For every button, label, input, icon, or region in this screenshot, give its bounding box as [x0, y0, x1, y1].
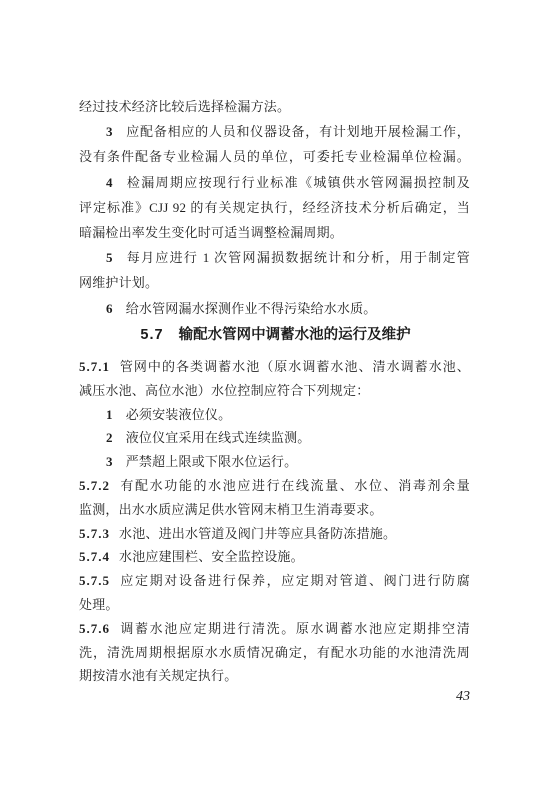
clause-number: 5.7.6	[79, 621, 110, 636]
item-number: 1	[106, 407, 113, 422]
section-heading-number: 5.7	[140, 327, 163, 343]
line-text: 管网中的各类调蓄水池（原水调蓄水池、清水调蓄水池、	[119, 359, 470, 374]
text-line: 6给水管网漏水探测作业不得污染给水水质。	[79, 296, 470, 321]
line-text: 没有条件配备专业检漏人员的单位，可委托专业检漏单位检漏。	[79, 149, 470, 164]
text-line: 经过技术经济比较后选择检漏方法。	[79, 94, 470, 119]
clause-number: 5.7.4	[79, 549, 110, 564]
text-line: 5每月应进行 1 次管网漏损数据统计和分析，用于制定管	[79, 245, 470, 270]
item-number: 3	[106, 454, 113, 469]
clause-number: 5.7.1	[79, 359, 110, 374]
text-line: 洗，清洗周期根据原水水质情况确定，有配水功能的水池清洗周	[79, 641, 470, 665]
document-page: 经过技术经济比较后选择检漏方法。3应配备相应的人员和仪器设备，有计划地开展检漏工…	[0, 0, 551, 789]
clause-number: 5.7.3	[79, 526, 110, 541]
text-line: 网维护计划。	[79, 270, 470, 295]
section-heading: 5.7输配水管网中调蓄水池的运行及维护	[0, 323, 551, 348]
text-line: 2液位仪宜采用在线式连续监测。	[79, 426, 470, 450]
text-line: 处理。	[79, 593, 470, 617]
text-line: 评定标准》CJJ 92 的有关规定执行，经经济技术分析后确定，当	[79, 195, 470, 220]
text-line: 没有条件配备专业检漏人员的单位，可委托专业检漏单位检漏。	[79, 144, 470, 169]
item-number: 6	[106, 301, 113, 316]
text-line: 5.7.2有配水功能的水池应进行在线流量、水位、消毒剂余量	[79, 474, 470, 498]
line-text: 调蓄水池应定期进行清洗。原水调蓄水池应定期排空清	[119, 621, 470, 636]
line-text: 暗漏检出率发生变化时可适当调整检漏周期。	[79, 225, 343, 240]
line-text: 监测，出水水质应满足供水管网末梢卫生消毒要求。	[79, 502, 383, 517]
section-heading-title: 输配水管网中调蓄水池的运行及维护	[179, 327, 411, 343]
text-line: 5.7.3水池、进出水管道及阀门井等应具备防冻措施。	[79, 522, 470, 546]
line-text: 减压水池、高位水池）水位控制应符合下列规定：	[79, 383, 369, 398]
item-number: 5	[106, 250, 113, 265]
item-number: 3	[106, 124, 113, 139]
line-text: 严禁超上限或下限水位运行。	[126, 454, 298, 469]
line-text: 每月应进行 1 次管网漏损数据统计和分析，用于制定管	[126, 250, 470, 265]
line-text: 应配备相应的人员和仪器设备，有计划地开展检漏工作，	[126, 124, 470, 139]
line-text: 有配水功能的水池应进行在线流量、水位、消毒剂余量	[119, 478, 470, 493]
line-text: 液位仪宜采用在线式连续监测。	[126, 430, 311, 445]
line-text: 处理。	[79, 597, 119, 612]
item-number: 2	[106, 430, 113, 445]
text-line: 4检漏周期应按现行行业标准《城镇供水管网漏损控制及	[79, 170, 470, 195]
text-line: 3应配备相应的人员和仪器设备，有计划地开展检漏工作，	[79, 119, 470, 144]
text-line: 减压水池、高位水池）水位控制应符合下列规定：	[79, 379, 470, 403]
clause-number: 5.7.2	[79, 478, 110, 493]
text-line: 监测，出水水质应满足供水管网末梢卫生消毒要求。	[79, 498, 470, 522]
line-text: 给水管网漏水探测作业不得污染给水水质。	[126, 301, 377, 316]
line-text: 评定标准》CJJ 92 的有关规定执行，经经济技术分析后确定，当	[79, 200, 470, 215]
text-line: 暗漏检出率发生变化时可适当调整检漏周期。	[79, 220, 470, 245]
line-text: 经过技术经济比较后选择检漏方法。	[79, 99, 290, 114]
text-line: 5.7.4水池应建围栏、安全监控设施。	[79, 545, 470, 569]
text-line: 期按清水池有关规定执行。	[79, 664, 470, 688]
text-line: 5.7.6调蓄水池应定期进行清洗。原水调蓄水池应定期排空清	[79, 617, 470, 641]
line-text: 水池应建围栏、安全监控设施。	[119, 549, 304, 564]
paragraph-block-upper: 经过技术经济比较后选择检漏方法。3应配备相应的人员和仪器设备，有计划地开展检漏工…	[79, 94, 470, 321]
line-text: 期按清水池有关规定执行。	[79, 668, 237, 683]
clause-number: 5.7.5	[79, 573, 110, 588]
line-text: 检漏周期应按现行行业标准《城镇供水管网漏损控制及	[126, 175, 470, 190]
line-text: 水池、进出水管道及阀门井等应具备防冻措施。	[119, 526, 396, 541]
line-text: 必须安装液位仪。	[126, 407, 232, 422]
line-text: 应定期对设备进行保养，应定期对管道、阀门进行防腐	[119, 573, 470, 588]
text-line: 3严禁超上限或下限水位运行。	[79, 450, 470, 474]
paragraph-block-lower: 5.7.1管网中的各类调蓄水池（原水调蓄水池、清水调蓄水池、减压水池、高位水池）…	[79, 355, 470, 688]
item-number: 4	[106, 175, 113, 190]
line-text: 洗，清洗周期根据原水水质情况确定，有配水功能的水池清洗周	[79, 645, 470, 660]
line-text: 网维护计划。	[79, 275, 158, 290]
text-line: 1必须安装液位仪。	[79, 403, 470, 427]
page-number: 43	[456, 689, 470, 705]
text-line: 5.7.5应定期对设备进行保养，应定期对管道、阀门进行防腐	[79, 569, 470, 593]
text-line: 5.7.1管网中的各类调蓄水池（原水调蓄水池、清水调蓄水池、	[79, 355, 470, 379]
